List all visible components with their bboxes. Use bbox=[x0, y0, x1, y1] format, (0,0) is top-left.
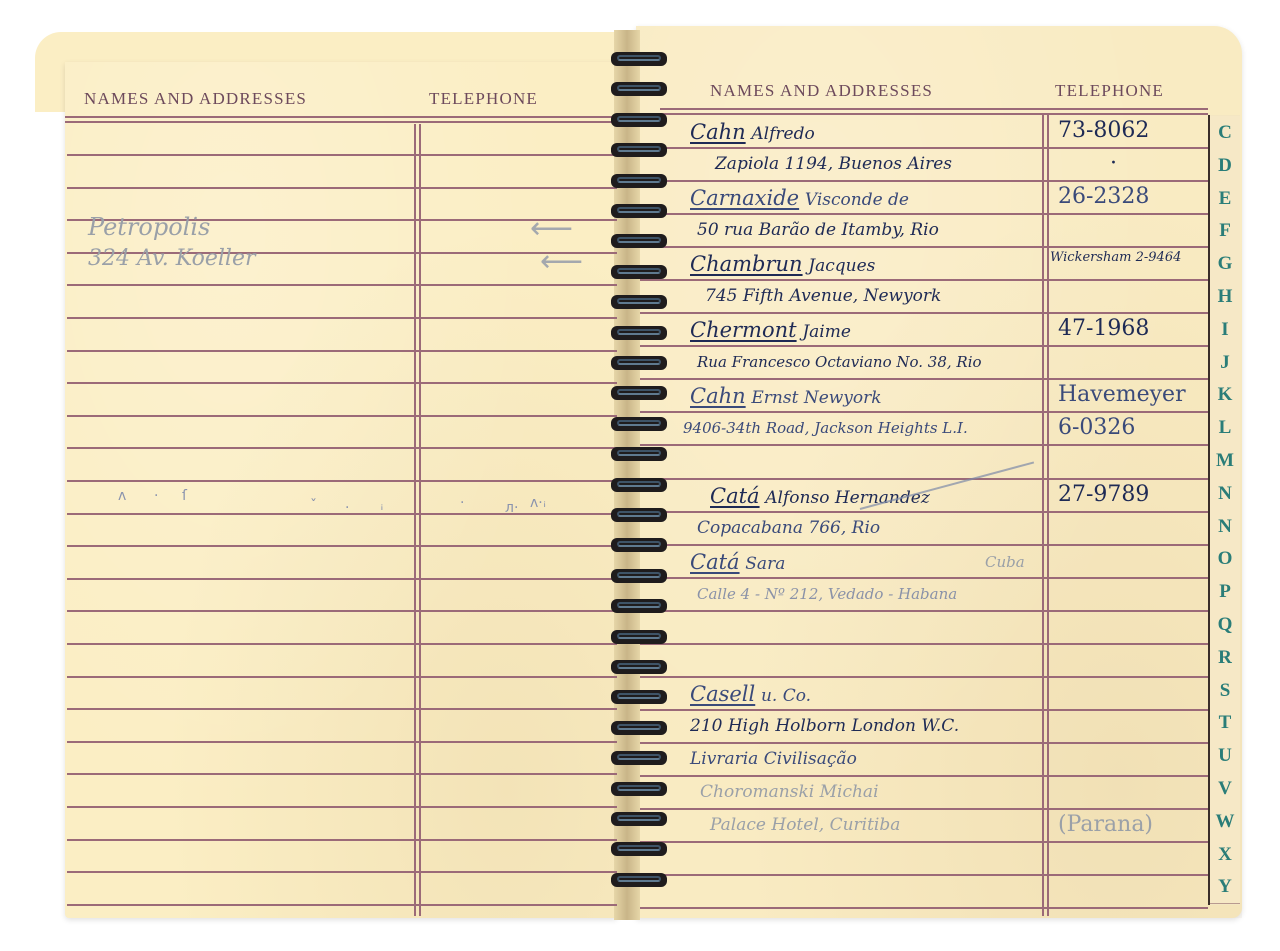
coil-wire bbox=[617, 359, 661, 365]
index-tab-e[interactable]: E bbox=[1210, 182, 1240, 216]
spiral-coil bbox=[611, 812, 667, 826]
right-rule-line bbox=[640, 808, 1208, 810]
index-tab-u[interactable]: U bbox=[1210, 739, 1240, 773]
index-tab-j[interactable]: J bbox=[1210, 346, 1240, 380]
entry-text: Sara bbox=[745, 554, 785, 574]
left-rule-line bbox=[67, 545, 617, 547]
telephone-number: 6-0326 bbox=[1058, 415, 1135, 440]
entry-text: Jacques bbox=[808, 256, 875, 276]
spiral-coil bbox=[611, 599, 667, 613]
spiral-coil bbox=[611, 660, 667, 674]
index-tab-c[interactable]: C bbox=[1210, 116, 1240, 150]
address-entry: 50 rua Barão de Itamby, Rio bbox=[697, 219, 939, 240]
coil-wire bbox=[617, 420, 661, 426]
entry-text: 9406-34th Road, Jackson Heights L.I. bbox=[683, 419, 968, 437]
spiral-coil bbox=[611, 386, 667, 400]
entry-surname: Cahn bbox=[690, 120, 746, 144]
coil-wire bbox=[617, 541, 661, 547]
index-tab-g[interactable]: G bbox=[1210, 247, 1240, 281]
index-tab-n[interactable]: N bbox=[1210, 477, 1240, 511]
left-rule-line bbox=[67, 676, 617, 678]
arrow-left-icon: ⟵ bbox=[530, 211, 573, 246]
right-rule-line bbox=[640, 841, 1208, 843]
coil-wire bbox=[617, 876, 661, 882]
address-entry: 210 High Holborn London W.C. bbox=[690, 715, 959, 736]
coil-wire bbox=[617, 177, 661, 183]
left-rule-line bbox=[67, 350, 617, 352]
address-entry: Cahn Alfredo bbox=[690, 120, 815, 144]
entry-note: Cuba bbox=[985, 553, 1025, 571]
entry-text: Calle 4 - Nº 212, Vedado - Habana bbox=[697, 585, 957, 603]
left-names-header: NAMES AND ADDRESSES bbox=[84, 89, 307, 109]
index-tab-y[interactable]: Y bbox=[1210, 870, 1240, 904]
coil-wire bbox=[617, 450, 661, 456]
telephone-number: 73-8062 bbox=[1058, 118, 1149, 143]
right-header-rule bbox=[640, 113, 1208, 115]
left-rule-line bbox=[67, 806, 617, 808]
left-rule-line bbox=[67, 447, 617, 449]
index-tab-p[interactable]: P bbox=[1210, 575, 1240, 609]
telephone-number: Wickersham 2-9464 bbox=[1050, 250, 1181, 265]
spiral-coil bbox=[611, 174, 667, 188]
spiral-coil bbox=[611, 630, 667, 644]
left-rule-line bbox=[67, 839, 617, 841]
entry-text: Alfredo bbox=[751, 124, 814, 144]
coil-wire bbox=[617, 329, 661, 335]
left-telephone-header: TELEPHONE bbox=[429, 89, 538, 109]
spiral-coil bbox=[611, 356, 667, 370]
spiral-coil bbox=[611, 265, 667, 279]
coil-wire bbox=[617, 633, 661, 639]
index-tab-s[interactable]: S bbox=[1210, 674, 1240, 708]
arrow-left-icon: ⟵ bbox=[540, 244, 583, 279]
spiral-coil bbox=[611, 478, 667, 492]
address-entry: Calle 4 - Nº 212, Vedado - Habana bbox=[697, 583, 957, 604]
right-rule-line bbox=[640, 213, 1208, 215]
spiral-coil bbox=[611, 538, 667, 552]
coil-wire bbox=[617, 845, 661, 851]
left-rule-line bbox=[67, 578, 617, 580]
right-telephone-header: TELEPHONE bbox=[1055, 81, 1164, 101]
coil-wire bbox=[617, 511, 661, 517]
index-tab-k[interactable]: K bbox=[1210, 378, 1240, 412]
spiral-coil bbox=[611, 295, 667, 309]
left-rule-line bbox=[67, 284, 617, 286]
address-entry: Casell u. Co. bbox=[690, 682, 811, 706]
entry-text: Livraria Civilisação bbox=[690, 749, 857, 769]
entry-text: Rua Francesco Octaviano No. 38, Rio bbox=[697, 353, 982, 371]
right-rule-line bbox=[640, 709, 1208, 711]
index-tab-w[interactable]: W bbox=[1210, 805, 1240, 839]
entry-surname: Chambrun bbox=[690, 252, 803, 276]
right-rule-line bbox=[640, 411, 1208, 413]
address-entry: Carnaxide Visconde de bbox=[690, 186, 909, 210]
entry-text: u. Co. bbox=[761, 686, 811, 706]
coil-wire bbox=[617, 663, 661, 669]
right-rule-line bbox=[640, 577, 1208, 579]
left-rule-line bbox=[67, 708, 617, 710]
left-page bbox=[65, 62, 617, 918]
index-tab-v[interactable]: V bbox=[1210, 772, 1240, 806]
address-entry: 9406-34th Road, Jackson Heights L.I. bbox=[683, 417, 968, 438]
faded-ink-mark: · bbox=[460, 495, 464, 511]
spiral-coil bbox=[611, 508, 667, 522]
spiral-coil bbox=[611, 52, 667, 66]
coil-wire bbox=[617, 268, 661, 274]
faded-ink-mark: · bbox=[345, 500, 349, 516]
spiral-coil bbox=[611, 417, 667, 431]
left-rule-line bbox=[67, 643, 617, 645]
entry-text: Zapiola 1194, Buenos Aires bbox=[715, 154, 952, 174]
faded-ink-mark: ˇ bbox=[310, 498, 317, 514]
address-entry: 745 Fifth Avenue, Newyork bbox=[705, 285, 941, 306]
coil-wire bbox=[617, 724, 661, 730]
telephone-number: 47-1968 bbox=[1058, 316, 1149, 341]
address-entry: Cahn Ernst Newyork bbox=[690, 384, 882, 408]
right-rule-line bbox=[640, 544, 1208, 546]
right-rule-line bbox=[640, 511, 1208, 513]
right-column-divider bbox=[1047, 113, 1049, 916]
right-header-rule bbox=[660, 108, 1208, 110]
coil-wire bbox=[617, 481, 661, 487]
faded-ink-mark: ſ bbox=[182, 488, 187, 504]
index-tab-d[interactable]: D bbox=[1210, 149, 1240, 183]
telephone-number: Havemeyer bbox=[1058, 382, 1186, 407]
entry-text: Copacabana 766, Rio bbox=[697, 518, 880, 538]
spiral-coil bbox=[611, 842, 667, 856]
right-rule-line bbox=[640, 676, 1208, 678]
index-tab-m[interactable]: M bbox=[1210, 444, 1240, 478]
index-tab-q[interactable]: Q bbox=[1210, 608, 1240, 642]
index-tab-t[interactable]: T bbox=[1210, 706, 1240, 740]
right-rule-line bbox=[640, 345, 1208, 347]
coil-wire bbox=[617, 207, 661, 213]
spiral-coil bbox=[611, 143, 667, 157]
coil-wire bbox=[617, 693, 661, 699]
spiral-coil bbox=[611, 113, 667, 127]
pencil-entry: Petropolis bbox=[88, 213, 210, 241]
right-names-header: NAMES AND ADDRESSES bbox=[710, 81, 933, 101]
address-entry: Choromanski Michai bbox=[700, 781, 879, 802]
entry-text: 210 High Holborn London W.C. bbox=[690, 716, 959, 736]
address-entry: Zapiola 1194, Buenos Aires bbox=[715, 153, 952, 174]
entry-text: Alfonso Hernandez bbox=[765, 488, 930, 508]
left-header-rule bbox=[65, 116, 617, 118]
spiral-coil bbox=[611, 721, 667, 735]
address-entry: Palace Hotel, Curitiba bbox=[710, 814, 900, 835]
spiral-coil bbox=[611, 782, 667, 796]
telephone-number: · bbox=[1110, 151, 1117, 176]
left-column-divider bbox=[419, 124, 421, 916]
entry-surname: Chermont bbox=[690, 318, 797, 342]
spiral-coil bbox=[611, 204, 667, 218]
spiral-coil bbox=[611, 690, 667, 704]
address-entry: Chambrun Jacques bbox=[690, 252, 875, 276]
coil-wire bbox=[617, 146, 661, 152]
right-rule-line bbox=[640, 775, 1208, 777]
spiral-coil bbox=[611, 569, 667, 583]
entry-text: Jaime bbox=[802, 322, 851, 342]
entry-surname: Catá bbox=[710, 484, 760, 508]
right-rule-line bbox=[640, 874, 1208, 876]
faded-ink-mark: · bbox=[154, 488, 158, 504]
coil-wire bbox=[617, 815, 661, 821]
entry-text: 745 Fifth Avenue, Newyork bbox=[705, 286, 941, 306]
coil-wire bbox=[617, 298, 661, 304]
left-header-rule bbox=[65, 121, 617, 123]
coil-wire bbox=[617, 85, 661, 91]
left-column-divider bbox=[414, 124, 416, 916]
entry-surname: Carnaxide bbox=[690, 186, 799, 210]
entry-text: Visconde de bbox=[805, 190, 909, 210]
faded-ink-mark: ᴫ· bbox=[505, 500, 518, 516]
address-entry: Rua Francesco Octaviano No. 38, Rio bbox=[697, 351, 982, 372]
left-rule-line bbox=[67, 480, 617, 482]
coil-wire bbox=[617, 572, 661, 578]
right-rule-line bbox=[640, 643, 1208, 645]
telephone-number: (Parana) bbox=[1058, 812, 1153, 837]
right-rule-line bbox=[640, 378, 1208, 380]
spiral-coil bbox=[611, 82, 667, 96]
spiral-coil bbox=[611, 326, 667, 340]
left-rule-line bbox=[67, 154, 617, 156]
right-column-divider bbox=[1042, 113, 1044, 916]
right-rule-line bbox=[640, 279, 1208, 281]
left-rule-line bbox=[67, 871, 617, 873]
right-rule-line bbox=[640, 444, 1208, 446]
coil-wire bbox=[617, 389, 661, 395]
right-rule-line bbox=[640, 742, 1208, 744]
left-rule-line bbox=[67, 317, 617, 319]
spiral-coil bbox=[611, 234, 667, 248]
address-entry: Catá Sara bbox=[690, 550, 785, 574]
faded-ink-mark: ꜟ bbox=[380, 498, 384, 514]
coil-wire bbox=[617, 754, 661, 760]
spiral-coil bbox=[611, 447, 667, 461]
left-rule-line bbox=[67, 904, 617, 906]
entry-text: Ernst Newyork bbox=[751, 388, 881, 408]
entry-text: Choromanski Michai bbox=[700, 782, 879, 802]
right-rule-line bbox=[640, 478, 1208, 480]
left-rule-line bbox=[67, 187, 617, 189]
coil-wire bbox=[617, 116, 661, 122]
index-tab-f[interactable]: F bbox=[1210, 214, 1240, 248]
coil-wire bbox=[617, 237, 661, 243]
address-entry: Catá Alfonso Hernandez bbox=[710, 484, 930, 508]
entry-surname: Cahn bbox=[690, 384, 746, 408]
right-rule-line bbox=[640, 907, 1208, 909]
right-rule-line bbox=[640, 147, 1208, 149]
index-tab-i[interactable]: I bbox=[1210, 313, 1240, 347]
pencil-entry: 324 Av. Koeller bbox=[88, 246, 256, 271]
coil-wire bbox=[617, 602, 661, 608]
address-entry: Copacabana 766, Rio bbox=[697, 517, 880, 538]
spiral-coil bbox=[611, 751, 667, 765]
right-rule-line bbox=[640, 610, 1208, 612]
left-rule-line bbox=[67, 610, 617, 612]
index-tab-n[interactable]: N bbox=[1210, 510, 1240, 544]
entry-text: Palace Hotel, Curitiba bbox=[710, 815, 900, 835]
address-entry: Livraria Civilisação bbox=[690, 748, 857, 769]
index-tab-o[interactable]: O bbox=[1210, 542, 1240, 576]
index-tab-x[interactable]: X bbox=[1210, 838, 1240, 872]
spiral-coil bbox=[611, 873, 667, 887]
address-entry: Chermont Jaime bbox=[690, 318, 851, 342]
telephone-number: 26-2328 bbox=[1058, 184, 1149, 209]
faded-ink-mark: ʌ·ꜟ bbox=[530, 495, 546, 511]
coil-wire bbox=[617, 55, 661, 61]
coil-wire bbox=[617, 785, 661, 791]
left-rule-line bbox=[67, 415, 617, 417]
left-rule-line bbox=[67, 513, 617, 515]
index-tab-h[interactable]: H bbox=[1210, 280, 1240, 314]
entry-surname: Casell bbox=[690, 682, 755, 706]
right-rule-line bbox=[640, 312, 1208, 314]
index-tab-r[interactable]: R bbox=[1210, 641, 1240, 675]
entry-surname: Catá bbox=[690, 550, 740, 574]
faded-ink-mark: ʌ bbox=[118, 488, 126, 504]
left-rule-line bbox=[67, 382, 617, 384]
telephone-number: 27-9789 bbox=[1058, 482, 1149, 507]
right-rule-line bbox=[640, 246, 1208, 248]
left-rule-line bbox=[67, 773, 617, 775]
index-tab-l[interactable]: L bbox=[1210, 411, 1240, 445]
right-rule-line bbox=[640, 180, 1208, 182]
left-rule-line bbox=[67, 741, 617, 743]
entry-text: 50 rua Barão de Itamby, Rio bbox=[697, 220, 939, 240]
